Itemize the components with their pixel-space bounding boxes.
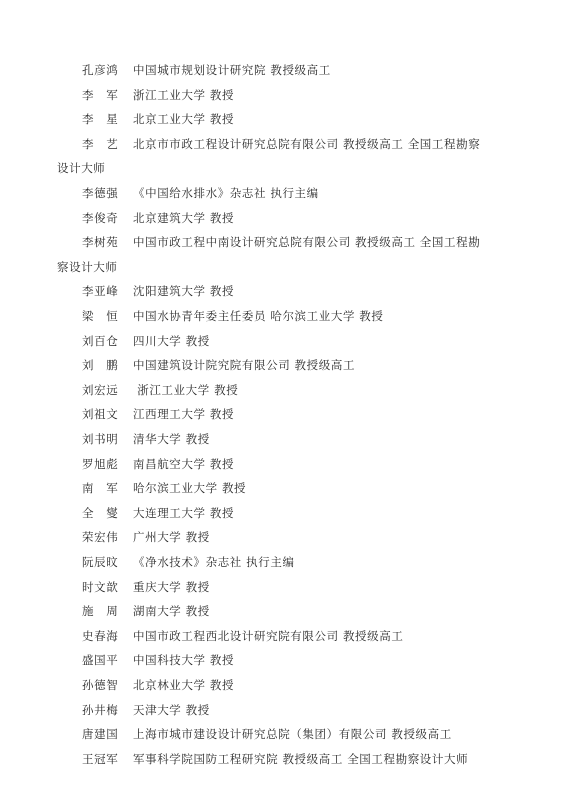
member-affiliation: 四川大学 教授 [133,334,210,348]
member-name: 荣宏伟 [82,525,133,550]
list-item: 施 周湖南大学 教授 [57,599,517,624]
member-name: 孙井梅 [82,698,133,723]
list-item: 刘 鹏中国建筑设计院究院有限公司 教授级高工 [57,353,517,378]
member-name: 阮辰旼 [82,550,133,575]
list-item: 刘宏远 浙江工业大学 教授 [57,378,517,403]
member-name: 刘百仓 [82,329,133,354]
list-item: 阮辰旼《净水技术》杂志社 执行主编 [57,550,517,575]
member-affiliation: 哈尔滨工业大学 教授 [133,481,246,495]
member-affiliation-continued: 察设计大师 [57,255,517,280]
member-name: 李树苑 [82,230,133,255]
member-name: 李 军 [82,83,133,108]
member-affiliation: 北京工业大学 教授 [133,112,234,126]
member-name: 李亚峰 [82,279,133,304]
member-affiliation: 重庆大学 教授 [133,580,210,594]
member-affiliation: 中国市政工程西北设计研究院有限公司 教授级高工 [133,629,403,643]
list-item: 罗旭彪南昌航空大学 教授 [57,452,517,477]
member-name: 刘宏远 [82,378,133,403]
member-affiliation: 北京建筑大学 教授 [133,211,234,225]
list-item: 刘百仓四川大学 教授 [57,329,517,354]
member-name: 刘 鹏 [82,353,133,378]
member-name: 施 周 [82,599,133,624]
list-item: 刘祖文江西理工大学 教授 [57,402,517,427]
list-item: 荣宏伟广州大学 教授 [57,525,517,550]
list-item: 李树苑中国市政工程中南设计研究总院有限公司 教授级高工 全国工程勘察设计大师 [57,230,517,279]
list-item: 李 军浙江工业大学 教授 [57,83,517,108]
member-name: 王冠军 [82,747,133,772]
member-affiliation: 南昌航空大学 教授 [133,457,234,471]
member-name: 李 星 [82,107,133,132]
list-item: 孙井梅天津大学 教授 [57,698,517,723]
list-item: 刘书明清华大学 教授 [57,427,517,452]
list-item: 李俊奇北京建筑大学 教授 [57,206,517,231]
member-name: 南 军 [82,476,133,501]
member-affiliation: 北京林业大学 教授 [133,678,234,692]
member-name: 孙德智 [82,673,133,698]
member-affiliation: 军事科学院国防工程研究院 教授级高工 全国工程勘察设计大师 [133,752,468,766]
member-affiliation: 上海市城市建设设计研究总院（集团）有限公司 教授级高工 [133,727,452,741]
list-item: 南 军哈尔滨工业大学 教授 [57,476,517,501]
member-name: 全 燮 [82,501,133,526]
member-name: 刘祖文 [82,402,133,427]
member-name: 李俊奇 [82,206,133,231]
member-name: 李德强 [82,181,133,206]
list-item: 时文歆重庆大学 教授 [57,575,517,600]
list-item: 李德强《中国给水排水》杂志社 执行主编 [57,181,517,206]
list-item: 李 星北京工业大学 教授 [57,107,517,132]
member-name: 李 艺 [82,132,133,157]
member-name: 梁 恒 [82,304,133,329]
member-affiliation: 《中国给水排水》杂志社 执行主编 [133,186,319,200]
member-name: 罗旭彪 [82,452,133,477]
member-affiliation: 清华大学 教授 [133,432,210,446]
member-affiliation: 《净水技术》杂志社 执行主编 [133,555,295,569]
list-item: 李 艺北京市市政工程设计研究总院有限公司 教授级高工 全国工程勘察设计大师 [57,132,517,181]
member-affiliation: 中国科技大学 教授 [133,653,234,667]
member-name: 史春海 [82,624,133,649]
list-item: 李亚峰沈阳建筑大学 教授 [57,279,517,304]
member-affiliation: 广州大学 教授 [133,530,210,544]
member-affiliation: 江西理工大学 教授 [133,407,234,421]
list-item: 盛国平中国科技大学 教授 [57,648,517,673]
member-affiliation: 中国城市规划设计研究院 教授级高工 [133,63,331,77]
member-affiliation: 中国建筑设计院究院有限公司 教授级高工 [133,358,355,372]
member-affiliation: 浙江工业大学 教授 [133,383,238,397]
member-affiliation-continued: 设计大师 [57,156,517,181]
list-item: 史春海中国市政工程西北设计研究院有限公司 教授级高工 [57,624,517,649]
member-name: 孔彦鸿 [82,58,133,83]
member-name: 唐建国 [82,722,133,747]
list-item: 唐建国上海市城市建设设计研究总院（集团）有限公司 教授级高工 [57,722,517,747]
list-item: 王冠军军事科学院国防工程研究院 教授级高工 全国工程勘察设计大师 [57,747,517,772]
member-affiliation: 中国水协青年委主任委员 哈尔滨工业大学 教授 [133,309,384,323]
member-affiliation: 湖南大学 教授 [133,604,210,618]
list-item: 梁 恒中国水协青年委主任委员 哈尔滨工业大学 教授 [57,304,517,329]
member-name: 盛国平 [82,648,133,673]
member-affiliation: 北京市市政工程设计研究总院有限公司 教授级高工 全国工程勘察 [133,137,480,151]
list-item: 孔彦鸿中国城市规划设计研究院 教授级高工 [57,58,517,83]
member-affiliation: 大连理工大学 教授 [133,506,234,520]
member-affiliation: 中国市政工程中南设计研究总院有限公司 教授级高工 全国工程勘 [133,235,480,249]
member-affiliation: 浙江工业大学 教授 [133,88,234,102]
list-item: 全 燮大连理工大学 教授 [57,501,517,526]
member-affiliation: 沈阳建筑大学 教授 [133,284,234,298]
list-item: 孙德智北京林业大学 教授 [57,673,517,698]
member-name: 时文歆 [82,575,133,600]
member-affiliation: 天津大学 教授 [133,703,210,717]
member-name: 刘书明 [82,427,133,452]
